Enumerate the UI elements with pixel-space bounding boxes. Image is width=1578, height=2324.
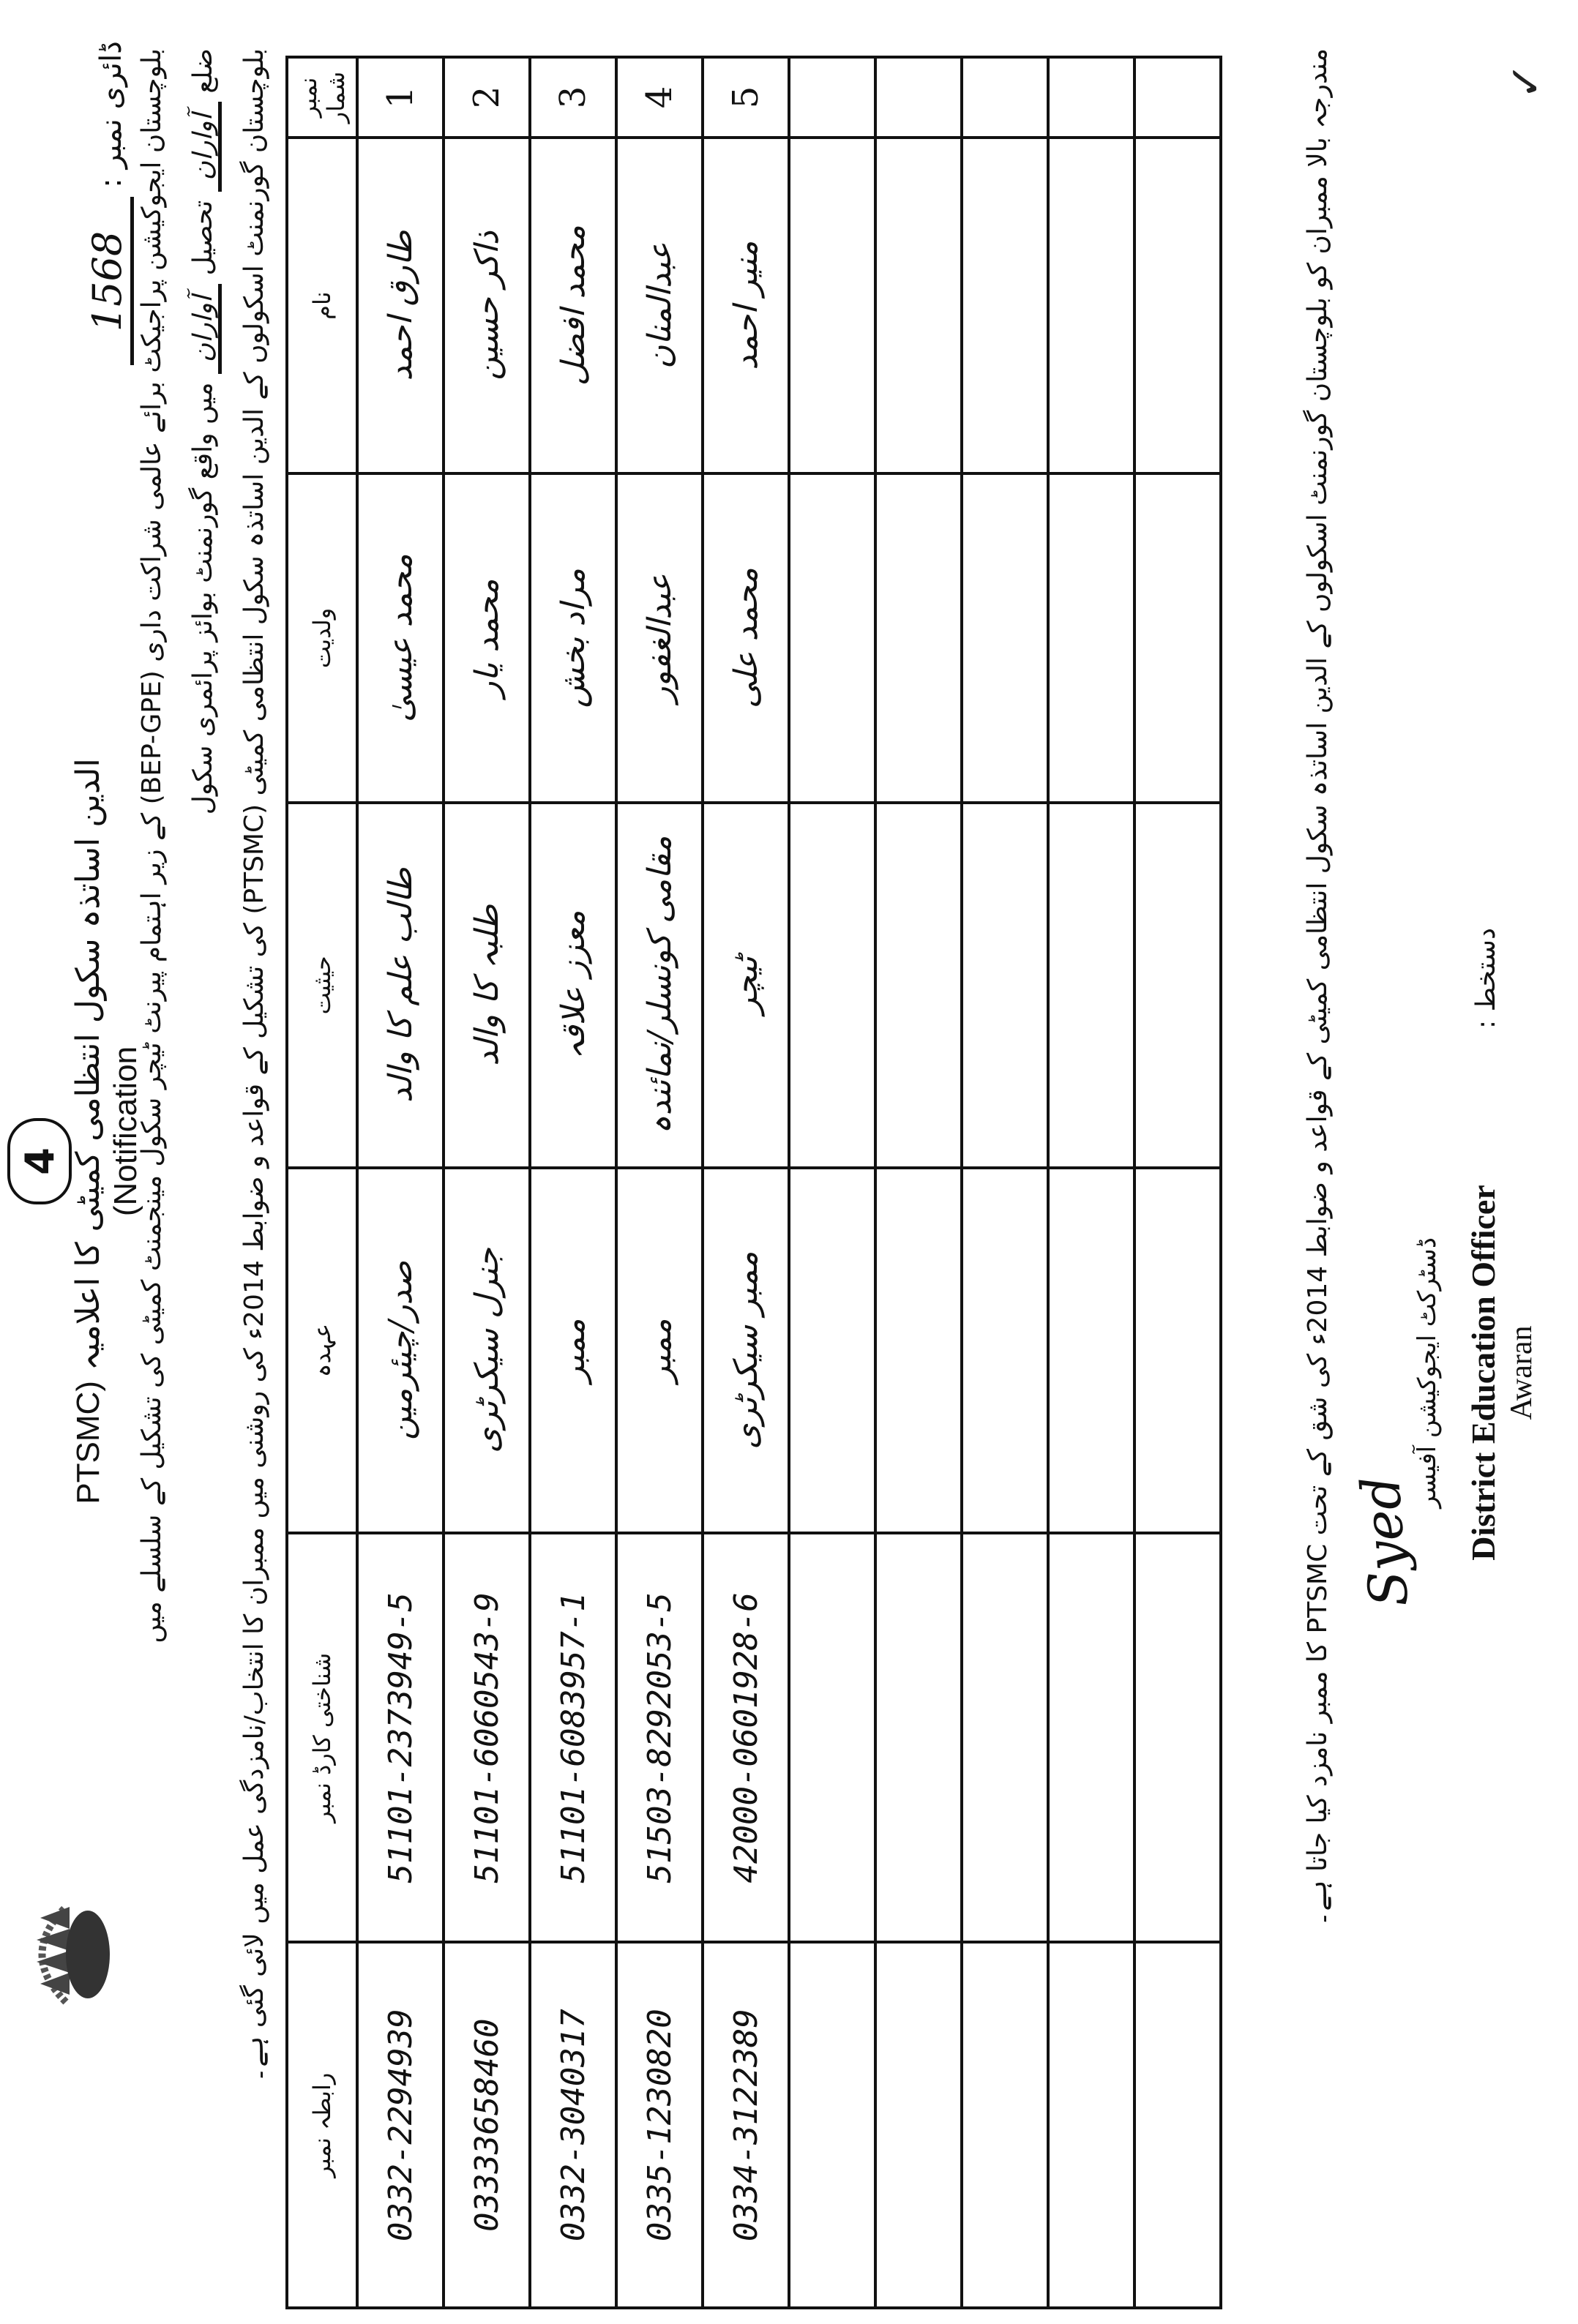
name-cell: محمد افضل — [530, 138, 616, 473]
col-father-name: ولدیت — [287, 473, 357, 802]
name-cell: طارق احمد — [357, 138, 444, 473]
empty-cell — [1134, 138, 1221, 473]
designation-cell: ممبر — [530, 1168, 616, 1533]
table-row: 4عبدالمنانعبدالغفورمقامی کونسلر/نمائندہم… — [616, 57, 703, 2308]
empty-cell — [789, 57, 875, 138]
name-cell: عبدالمنان — [616, 138, 703, 473]
col-designation: عہدہ — [287, 1168, 357, 1533]
phone-cell: 0332-3040317 — [530, 1942, 616, 2308]
cnic-cell: 51101-6060543-9 — [444, 1533, 530, 1942]
empty-cell — [962, 138, 1048, 473]
signatory-place: Awaran — [1504, 1051, 1539, 1695]
empty-table-row — [962, 57, 1048, 2308]
empty-cell — [1048, 138, 1134, 473]
empty-cell — [1048, 1533, 1134, 1942]
intro-line-2: ضلع آواران تحصیل آواران میں واقع گورنمنٹ… — [187, 48, 221, 2251]
empty-cell — [1048, 473, 1134, 802]
empty-cell — [1134, 803, 1221, 1168]
empty-cell — [875, 57, 962, 138]
table-row: 2ذاکر حسینمحمد یارطلبہ کا والدجنرل سیکرٹ… — [444, 57, 530, 2308]
diary-number: 1568 — [84, 197, 134, 365]
col-phone: رابطہ نمبر — [287, 1942, 357, 2308]
empty-cell — [962, 1168, 1048, 1533]
name-cell: ذاکر حسین — [444, 138, 530, 473]
serial-cell: 5 — [703, 57, 789, 138]
serial-cell: 1 — [357, 57, 444, 138]
empty-cell — [875, 473, 962, 802]
table-row: 1طارق احمدمحمد عیسیٰطالب علم کا والدصدر/… — [357, 57, 444, 2308]
empty-cell — [789, 138, 875, 473]
district-value: آواران — [188, 102, 222, 192]
diary-number-block: ڈائری نمبر : 1568 — [84, 41, 134, 451]
serial-cell: 3 — [530, 57, 616, 138]
empty-table-row — [1134, 57, 1221, 2308]
empty-cell — [875, 1168, 962, 1533]
diary-label: ڈائری نمبر : — [94, 41, 128, 188]
serial-cell: 2 — [444, 57, 530, 138]
designation-cell: ممبر سیکرٹری — [703, 1168, 789, 1533]
notification-title: الدین اساتذہ سکول انتظامی کمیٹی کا اعلام… — [70, 729, 144, 1534]
title-urdu: الدین اساتذہ سکول انتظامی کمیٹی کا اعلام… — [70, 758, 107, 1371]
empty-cell — [1048, 1942, 1134, 2308]
empty-cell — [1134, 57, 1221, 138]
cnic-cell: 51101-6083957-1 — [530, 1533, 616, 1942]
signature: Syed — [1350, 1474, 1420, 1609]
footer-note: مندرجہ بالا ممبران کو بلوچستان گورنمنٹ ا… — [1303, 48, 1333, 2251]
empty-table-row — [1048, 57, 1134, 2308]
empty-cell — [962, 473, 1048, 802]
signature-block: Syed ڈسٹرکٹ ایجوکیشن آفیسر District Educ… — [1354, 1036, 1574, 1695]
name-cell: منیر احمد — [703, 138, 789, 473]
designation-cell: ممبر — [616, 1168, 703, 1533]
father-name-cell: عبدالغفور — [616, 473, 703, 802]
empty-cell — [875, 1533, 962, 1942]
phone-cell: 03333658460 — [444, 1942, 530, 2308]
col-name: نام — [287, 138, 357, 473]
empty-cell — [1134, 1533, 1221, 1942]
status-cell: ٹیچر — [703, 803, 789, 1168]
members-table: نمبر شمار نام ولدیت حیثیت عہدہ شناختی کا… — [285, 56, 1222, 2309]
empty-cell — [1134, 1942, 1221, 2308]
intro-line-3: بلوچستان گورنمنٹ اسکولوں کے الدین اساتذہ… — [238, 48, 272, 2251]
emblem-icon — [15, 1892, 124, 2017]
status-cell: مقامی کونسلر/نمائندہ — [616, 803, 703, 1168]
empty-cell — [789, 1942, 875, 2308]
designation-cell: جنرل سیکرٹری — [444, 1168, 530, 1533]
empty-cell — [789, 1533, 875, 1942]
father-name-cell: محمد یار — [444, 473, 530, 802]
intro-line-1: بلوچستان ایجوکیشن پراجیکٹ برائے عالمی شر… — [135, 48, 170, 2251]
empty-cell — [962, 803, 1048, 1168]
father-name-cell: محمد علی — [703, 473, 789, 802]
empty-table-row — [875, 57, 962, 2308]
table-row: 3محمد افضلمراد بخشمعزز علاقہممبر51101-60… — [530, 57, 616, 2308]
col-cnic: شناختی کارڈ نمبر — [287, 1533, 357, 1942]
cnic-cell: 51101-2373949-5 — [357, 1533, 444, 1942]
school-label: میں واقع گورنمنٹ بوائز پرائمری سکول — [188, 383, 218, 815]
designation-cell: صدر/چیئرمین — [357, 1168, 444, 1533]
tehsil-value: آواران — [188, 284, 222, 374]
cnic-cell: 42000-0601928-6 — [703, 1533, 789, 1942]
empty-cell — [1134, 1168, 1221, 1533]
page-number-marker: 4 — [7, 1118, 72, 1204]
empty-cell — [875, 1942, 962, 2308]
empty-cell — [1048, 803, 1134, 1168]
phone-cell: 0335-1230820 — [616, 1942, 703, 2308]
col-serial: نمبر شمار — [287, 57, 357, 138]
empty-cell — [789, 803, 875, 1168]
empty-cell — [875, 138, 962, 473]
government-emblem — [15, 1892, 124, 2017]
tehsil-label: تحصیل — [188, 200, 218, 276]
status-cell: طالب علم کا والد — [357, 803, 444, 1168]
scan-mark: ✓ — [1500, 63, 1552, 100]
empty-cell — [1048, 1168, 1134, 1533]
cnic-cell: 51503-8292053-5 — [616, 1533, 703, 1942]
father-name-cell: محمد عیسیٰ — [357, 473, 444, 802]
serial-cell: 4 — [616, 57, 703, 138]
empty-table-row — [789, 57, 875, 2308]
empty-cell — [789, 1168, 875, 1533]
empty-cell — [1134, 473, 1221, 802]
empty-cell — [962, 57, 1048, 138]
empty-cell — [962, 1942, 1048, 2308]
signatory-urdu: ڈسٹرکٹ ایجوکیشن آفیسر — [1413, 1051, 1442, 1695]
phone-cell: 0332-2294939 — [357, 1942, 444, 2308]
father-name-cell: مراد بخش — [530, 473, 616, 802]
status-cell: طلبہ کا والد — [444, 803, 530, 1168]
col-status: حیثیت — [287, 803, 357, 1168]
district-label: ضلع — [188, 48, 218, 94]
empty-cell — [789, 473, 875, 802]
status-cell: معزز علاقہ — [530, 803, 616, 1168]
notification-page: 4 الدین اساتذہ سکول انتظامی کمیٹی کا اعل… — [0, 0, 1578, 2324]
phone-cell: 0334-3122389 — [703, 1942, 789, 2308]
empty-cell — [962, 1533, 1048, 1942]
table-row: 5منیر احمدمحمد علیٹیچرممبر سیکرٹری42000-… — [703, 57, 789, 2308]
signatory-title: District Education Officer — [1464, 1051, 1503, 1695]
stamp-label: دستخط : — [1471, 928, 1501, 1029]
empty-cell — [875, 803, 962, 1168]
empty-cell — [1048, 57, 1134, 138]
table-header-row: نمبر شمار نام ولدیت حیثیت عہدہ شناختی کا… — [287, 57, 357, 2308]
